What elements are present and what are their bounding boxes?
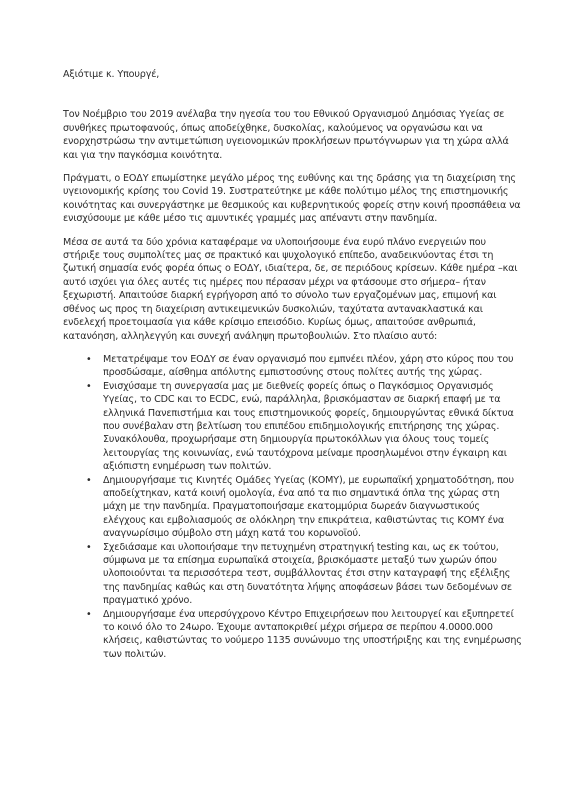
paragraph-eody-role: Πράγματι, ο ΕΟΔΥ επωμίστηκε μεγάλο μέρος… [63, 172, 525, 226]
list-item: • Μετατρέψαμε τον ΕΟΔΥ σε έναν οργανισμό… [63, 353, 525, 380]
list-item-text: Μετατρέψαμε τον ΕΟΔΥ σε έναν οργανισμό π… [103, 354, 513, 378]
bullet-icon: • [86, 474, 92, 487]
paragraph-two-years: Μέσα σε αυτά τα δύο χρόνια καταφέραμε να… [63, 236, 525, 343]
achievements-list: • Μετατρέψαμε τον ΕΟΔΥ σε έναν οργανισμό… [63, 353, 525, 661]
list-item: • Ενισχύσαμε τη συνεργασία μας με διεθνε… [63, 380, 525, 474]
bullet-icon: • [86, 380, 92, 393]
list-item: • Δημιουργήσαμε τις Κινητές Ομάδες Υγεία… [63, 474, 525, 541]
bullet-icon: • [86, 541, 92, 554]
list-item-text: Σχεδιάσαμε και υλοποιήσαμε την πετυχημέν… [103, 542, 512, 607]
list-item-text: Δημιουργήσαμε τις Κινητές Ομάδες Υγείας … [103, 475, 514, 540]
list-item-text: Ενισχύσαμε τη συνεργασία μας με διεθνείς… [103, 381, 514, 472]
list-item: • Σχεδιάσαμε και υλοποιήσαμε την πετυχημ… [63, 541, 525, 608]
list-item: • Δημιουργήσαμε ένα υπερσύγχρονο Κέντρο … [63, 608, 525, 662]
bullet-icon: • [86, 353, 92, 366]
letter-page: Αξιότιμε κ. Υπουργέ, Τον Νοέμβριο του 20… [63, 68, 525, 661]
list-item-text: Δημιουργήσαμε ένα υπερσύγχρονο Κέντρο Επ… [103, 609, 522, 660]
salutation: Αξιότιμε κ. Υπουργέ, [63, 68, 525, 81]
paragraph-intro: Τον Νοέμβριο του 2019 ανέλαβα την ηγεσία… [63, 108, 525, 162]
bullet-icon: • [86, 608, 92, 621]
